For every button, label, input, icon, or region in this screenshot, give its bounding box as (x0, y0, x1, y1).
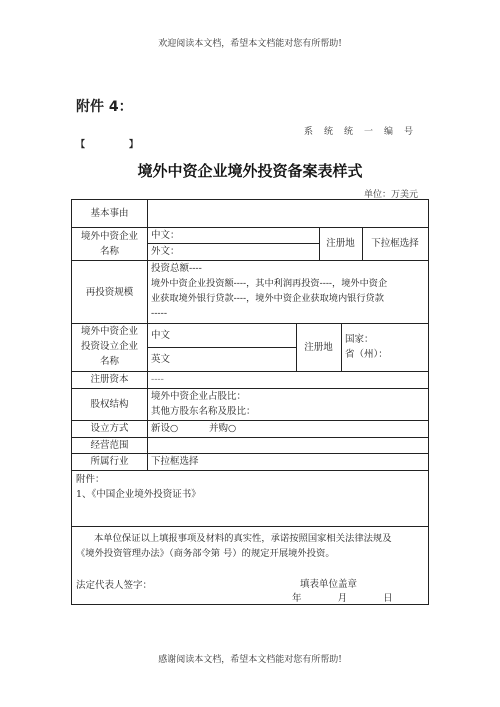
new-company-english-field[interactable]: 英文 (151, 352, 291, 367)
bracket-close: 】 (129, 137, 138, 150)
industry-dropdown[interactable]: 下拉框选择 (151, 454, 427, 469)
new-company-name-label: 境外中资企业 投资设立企业 名称 (72, 324, 147, 369)
serial-number-field[interactable]: 【】 (76, 137, 138, 150)
attachments-section: 附件： 1、《中国企业境外投资证书》 (76, 472, 426, 502)
business-scope-input[interactable] (148, 438, 428, 453)
attachment-item-1[interactable]: 1、《中国企业境外投资证书》 (76, 487, 426, 502)
equity-structure-label: 股权结构 (72, 397, 147, 412)
business-scope-label: 经营范围 (72, 438, 147, 453)
reinvest-scale-field[interactable]: 投资总额---- 境外中资企业投资额----，其中利润再投资----，境外中资企… (151, 261, 427, 321)
declaration-text: 本单位保证以上填报事项及材料的真实性，承诺按照国家相关法律法规及 《境外投资管理… (76, 531, 426, 561)
new-company-location-field[interactable]: 国家： 省（州）： (345, 332, 427, 362)
page-title: 境外中资企业境外投资备案表样式 (0, 160, 500, 181)
setup-method-new-radio[interactable]: 新设○ (151, 421, 178, 436)
reg-capital-field[interactable]: ---- (151, 372, 427, 387)
basic-matter-input[interactable] (148, 201, 428, 227)
stamp-label: 填表单位盖章 (300, 577, 357, 592)
filing-form-table: 基本事由 境外中资企业 名称 中文： 外文： 注册地 下拉框选择 再投资规模 投… (71, 199, 429, 605)
reinvest-scale-label: 再投资规模 (72, 285, 147, 300)
legal-rep-signature-label: 法定代表人签字： (76, 578, 152, 593)
company-name-foreign-field[interactable]: 外文： (151, 244, 316, 259)
reg-place-label: 注册地 (319, 236, 362, 251)
company-name-chinese-field[interactable]: 中文： (151, 228, 316, 243)
header-banner: 欢迎阅读本文档，希望本文档能对您有所帮助! (0, 36, 500, 49)
setup-method-label: 设立方式 (72, 421, 147, 436)
bracket-open: 【 (76, 137, 85, 150)
footer-banner: 感谢阅读本文档，希望本文档能对您有所帮助! (0, 652, 500, 665)
attachments-label: 附件： (76, 472, 426, 487)
date-field[interactable]: 年 月 日 (292, 591, 393, 606)
serial-number-label: 系统统一编号 (304, 124, 424, 137)
industry-label: 所属行业 (72, 454, 147, 469)
new-company-reg-place-label: 注册地 (296, 340, 341, 355)
company-name-label: 境外中资企业 名称 (72, 229, 147, 259)
new-company-chinese-field[interactable]: 中文 (151, 328, 291, 343)
equity-structure-field[interactable]: 境外中资企业占股比： 其他方股东名称及股比： (151, 389, 427, 419)
setup-method-merger-radio[interactable]: 并购○ (209, 421, 236, 436)
attachment-label: 附件 4： (76, 96, 133, 116)
basic-matter-label: 基本事由 (72, 206, 147, 221)
reg-capital-label: 注册资本 (72, 372, 147, 387)
reg-place-dropdown[interactable]: 下拉框选择 (362, 236, 428, 251)
